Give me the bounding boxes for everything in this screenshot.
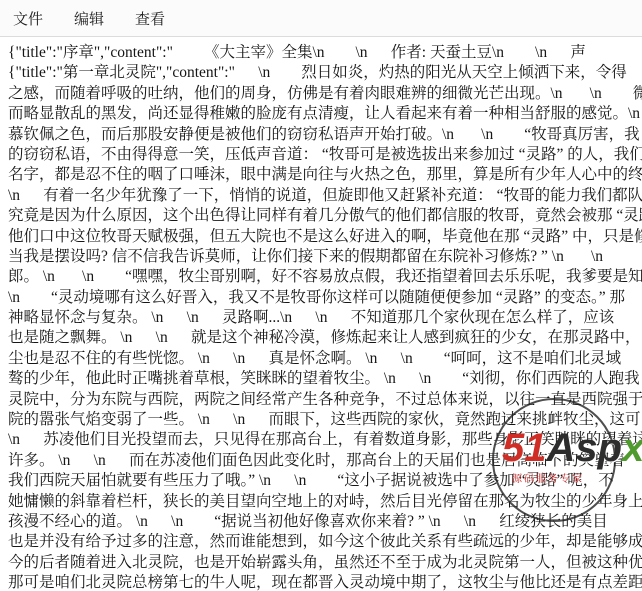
text-line: 孩漫不经心的道。 \n \n “据说当初他好像喜欢你来着? ” \n \n 红绫… — [8, 512, 642, 532]
menu-item-file[interactable]: 文件 — [13, 8, 43, 29]
text-editor-area[interactable]: {"title":"序章","content":" 《大主宰》全集\n \n 作… — [0, 37, 642, 591]
text-line: 今的后者随着进入北灵院，也是开始崭露头角，虽然还不至于成为北灵院第一人，但被这种… — [8, 553, 642, 573]
text-line: \n 有着一名少年犹豫了一下，悄悄的说道，但旋即他又赶紧补充道： “牧哥的能力我… — [8, 186, 642, 206]
text-line: 而略显散乱的黑发，尚还显得稚嫩的脸庞有点清瘦，让人看起来有着一种相当舒服的感觉。… — [8, 104, 642, 124]
menu-bar: 文件 编辑 查看 — [0, 0, 642, 37]
text-line: {"title":"第一章北灵院","content":" \n 烈日如炎，灼热… — [8, 63, 642, 83]
text-line: {"title":"序章","content":" 《大主宰》全集\n \n 作… — [8, 43, 642, 63]
menu-item-edit[interactable]: 编辑 — [74, 8, 104, 29]
text-line: 也是随之飘舞。 \n \n 就是这个神秘冷漠，修炼起来让人感到疯狂的少女，在那灵… — [8, 328, 642, 348]
text-line: 她慵懒的斜靠着栏杆，狭长的美目望向空地上的对峙，然后目光停留在那名为牧尘的少年身… — [8, 492, 642, 512]
text-line: 郎。 \n \n “嘿嘿，牧尘哥别啊，好不容易放点假，我还指望着回去乐乐呢，我爹… — [8, 267, 642, 287]
text-line: 之感，而随着呼吸的吐纳，他们的周身，仿佛是有着肉眼难辨的细微光芒出现。\n \n… — [8, 84, 642, 104]
menu-item-view[interactable]: 查看 — [135, 8, 165, 29]
text-line: 那可是咱们北灵院总榜第七的牛人呢，现在都晋入灵动境中期了，这牧尘与他比还是有点差… — [8, 573, 642, 591]
text-line: 尘也是忍不住的有些恍惚。 \n \n 真是怀念啊。 \n \n “呵呵，这不是咱… — [8, 349, 642, 369]
text-line: \n “灵动境哪有这么好晋入，我又不是牧哥你这样可以随随便便参加 “灵路” 的变… — [8, 288, 642, 308]
text-line: 神略显怀念与复杂。 \n \n 灵路啊...\n \n 不知道那几个家伙现在怎么… — [8, 308, 642, 328]
notepad-window: 文件 编辑 查看 {"title":"序章","content":" 《大主宰》… — [0, 0, 642, 591]
text-line: \n 苏凌他们目光投望而去，只见得在那高台上，有着数道身影，那些身影正笑眯眯的望… — [8, 430, 642, 450]
text-line: 也是并没有给予过多的注意，然而谁能想到，如今这个彼此关系有些疏远的少年，却是能够… — [8, 532, 642, 552]
text-line: 院的嚣张气焰变弱了一些。 \n \n 而眼下，这些西院的家伙，竟然跑过来挑衅牧尘… — [8, 410, 642, 430]
text-line: 慕钦佩之色，而后那股安静便是被他们的窃窃私语声开始打破。\n \n “牧哥真厉害… — [8, 125, 642, 145]
text-line: 许多。 \n \n 而在苏凌他们面色因此变化时，那高台上的天届们也是居高临下的笑… — [8, 451, 642, 471]
text-line: 我们西院天届怕就要有些压力了哦。” \n \n “这小子据说被选中了参加 “灵路… — [8, 471, 642, 491]
text-line: 究竟是因为什么原因，这个出色得让同样有着几分傲气的他们都信服的牧哥，竟然会被那 … — [8, 206, 642, 226]
text-line: 名字，都是忍不住的咽了口唾沫，眼中满是向往与火热之色，那里，算是所有少年人心中的… — [8, 165, 642, 185]
text-line: 灵院中，分为东院与西院，两院之间经常产生各种竞争，不过总体来说，以往一直是西院强… — [8, 390, 642, 410]
text-line: 当我是摆设吗? 信不信我告诉莫师，让你们接下来的假期都留在东院补习修炼? ” \… — [8, 247, 642, 267]
text-line: 的窃窃私语，不由得得意一笑，压低声音道： “牧哥可是被选拔出来参加过 “灵路” … — [8, 145, 642, 165]
text-line: 骜的少年，他此时正嘴挑着草根，笑眯眯的望着牧尘。 \n \n “刘彻，你们西院的… — [8, 369, 642, 389]
text-line: 他们口中这位牧哥天赋极强，但五大院也不是这么好进入的啊，毕竟他在那 “灵路” 中… — [8, 227, 642, 247]
